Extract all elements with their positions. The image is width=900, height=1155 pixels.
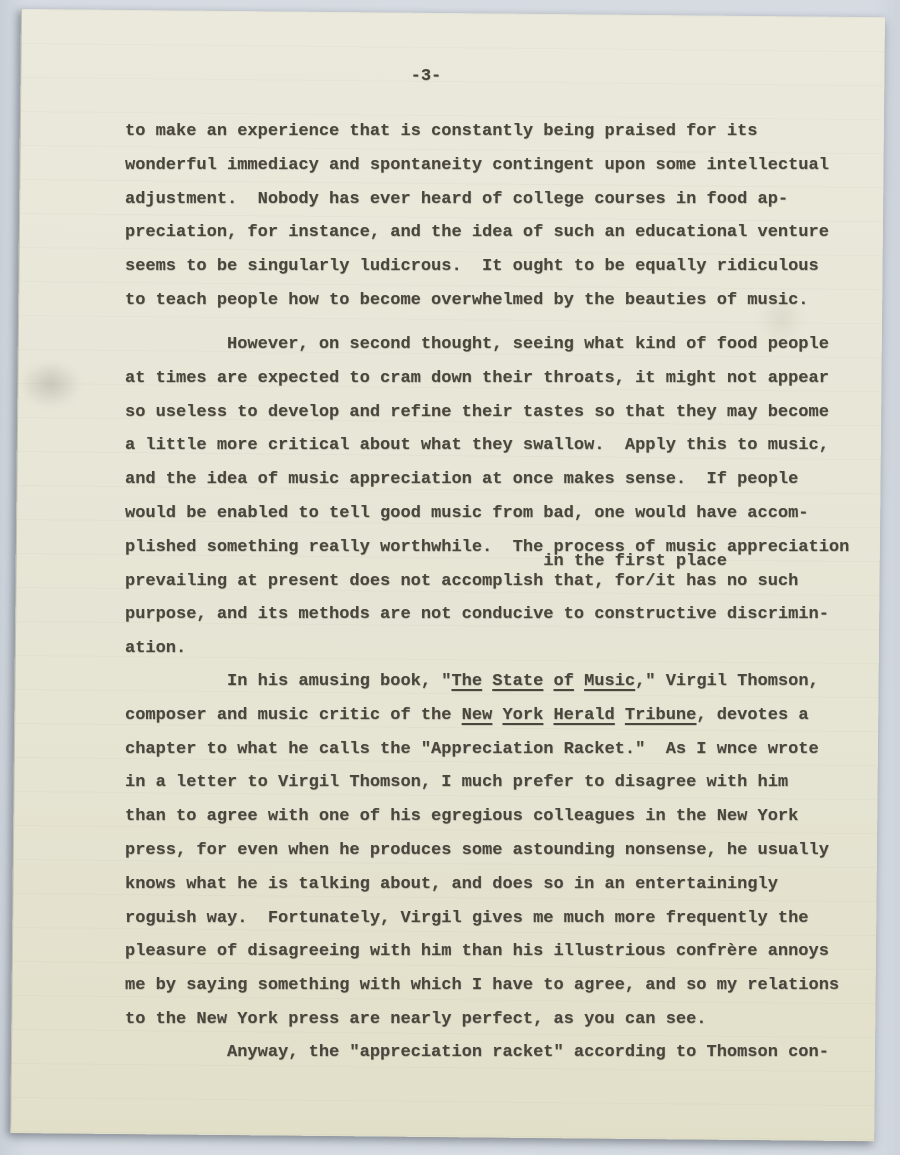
text-line: wonderful immediacy and spontaneity cont… [125,149,829,183]
text-segment: composer and music critic of the [125,706,462,725]
text-line: seems to be singularly ludicrous. It oug… [125,250,829,284]
text-segment: chapter to what he calls the "Appreciati… [125,740,819,759]
text-segment: prevailing at present does not accomplis… [125,572,798,591]
text-line: Anyway, the "appreciation racket" accord… [125,1036,829,1070]
paragraph-2: However, on second thought, seeing what … [125,328,849,666]
text-segment: so useless to develop and refine their t… [125,403,829,422]
text-segment: to teach people how to become overwhelme… [125,291,809,310]
text-segment: seems to be singularly ludicrous. It oug… [125,257,819,276]
text-line: roguish way. Fortunately, Virgil gives m… [125,902,839,936]
text-segment: ," Virgil Thomson, [635,672,819,691]
underlined-text: Tribune [625,706,696,725]
text-line: press, for even when he produces some as… [125,834,839,868]
text-line: However, on second thought, seeing what … [125,328,849,362]
text-segment: press, for even when he produces some as… [125,841,829,860]
text-segment: in a letter to Virgil Thomson, I much pr… [125,773,788,792]
text-segment: in the first place [125,552,727,571]
paper-smudge [18,359,82,410]
text-segment: Anyway, the "appreciation racket" accord… [125,1043,829,1062]
text-line: composer and music critic of the New Yor… [125,699,839,733]
text-segment: would be enabled to tell good music from… [125,504,809,523]
text-line: to the New York press are nearly perfect… [125,1003,839,1037]
text-line: a little more critical about what they s… [125,429,849,463]
text-segment [543,706,553,725]
underlined-text: The [451,672,482,691]
text-line: me by saying something with which I have… [125,969,839,1003]
text-line: pleasure of disagreeing with him than hi… [125,935,839,969]
text-segment: preciation, for instance, and the idea o… [125,223,829,242]
text-line: knows what he is talking about, and does… [125,868,839,902]
text-line: to teach people how to become overwhelme… [125,284,829,318]
text-segment: However, on second thought, seeing what … [125,335,829,354]
paragraph-3: In his amusing book, "The State of Music… [125,665,839,1037]
text-segment: a little more critical about what they s… [125,436,829,455]
text-line: in the first place [125,552,727,572]
text-segment: me by saying something with which I have… [125,976,839,995]
underlined-text: Herald [553,706,614,725]
text-line: and the idea of music appreciation at on… [125,463,849,497]
text-line: in a letter to Virgil Thomson, I much pr… [125,766,839,800]
text-segment: In his amusing book, " [125,672,451,691]
text-line: purpose, and its methods are not conduci… [125,598,849,632]
text-line: adjustment. Nobody has ever heard of col… [125,183,829,217]
underlined-text: New [462,706,493,725]
text-line: In his amusing book, "The State of Music… [125,665,839,699]
text-segment: ation. [125,639,186,658]
text-segment: roguish way. Fortunately, Virgil gives m… [125,909,809,928]
paragraph-1: to make an experience that is constantly… [125,115,829,318]
text-line: would be enabled to tell good music from… [125,497,849,531]
text-segment [492,706,502,725]
text-line: ation. [125,632,849,666]
text-segment: pleasure of disagreeing with him than hi… [125,942,829,961]
text-line: than to agree with one of his egregious … [125,800,839,834]
text-line: so useless to develop and refine their t… [125,396,849,430]
underlined-text: of [553,672,573,691]
text-segment: knows what he is talking about, and does… [125,875,778,894]
text-segment: , devotes a [696,706,808,725]
text-segment: and the idea of music appreciation at on… [125,470,798,489]
text-segment: at times are expected to cram down their… [125,369,829,388]
paragraph-4: Anyway, the "appreciation racket" accord… [125,1036,829,1070]
text-segment [574,672,584,691]
text-segment: adjustment. Nobody has ever heard of col… [125,190,788,209]
text-segment [615,706,625,725]
text-segment: to make an experience that is constantly… [125,122,758,141]
underlined-text: York [502,706,543,725]
text-segment: wonderful immediacy and spontaneity cont… [125,156,829,175]
underlined-text: Music [584,672,635,691]
text-segment [482,672,492,691]
text-line: chapter to what he calls the "Appreciati… [125,733,839,767]
text-line: preciation, for instance, and the idea o… [125,216,829,250]
underlined-text: State [492,672,543,691]
document-body: -3- to make an experience that is consta… [125,0,885,1155]
text-segment [543,672,553,691]
text-segment: to the New York press are nearly perfect… [125,1010,707,1029]
text-line: at times are expected to cram down their… [125,362,849,396]
text-segment: purpose, and its methods are not conduci… [125,605,829,624]
text-line: to make an experience that is constantly… [125,115,829,149]
text-segment: than to agree with one of his egregious … [125,807,798,826]
page-number: -3- [411,60,442,94]
